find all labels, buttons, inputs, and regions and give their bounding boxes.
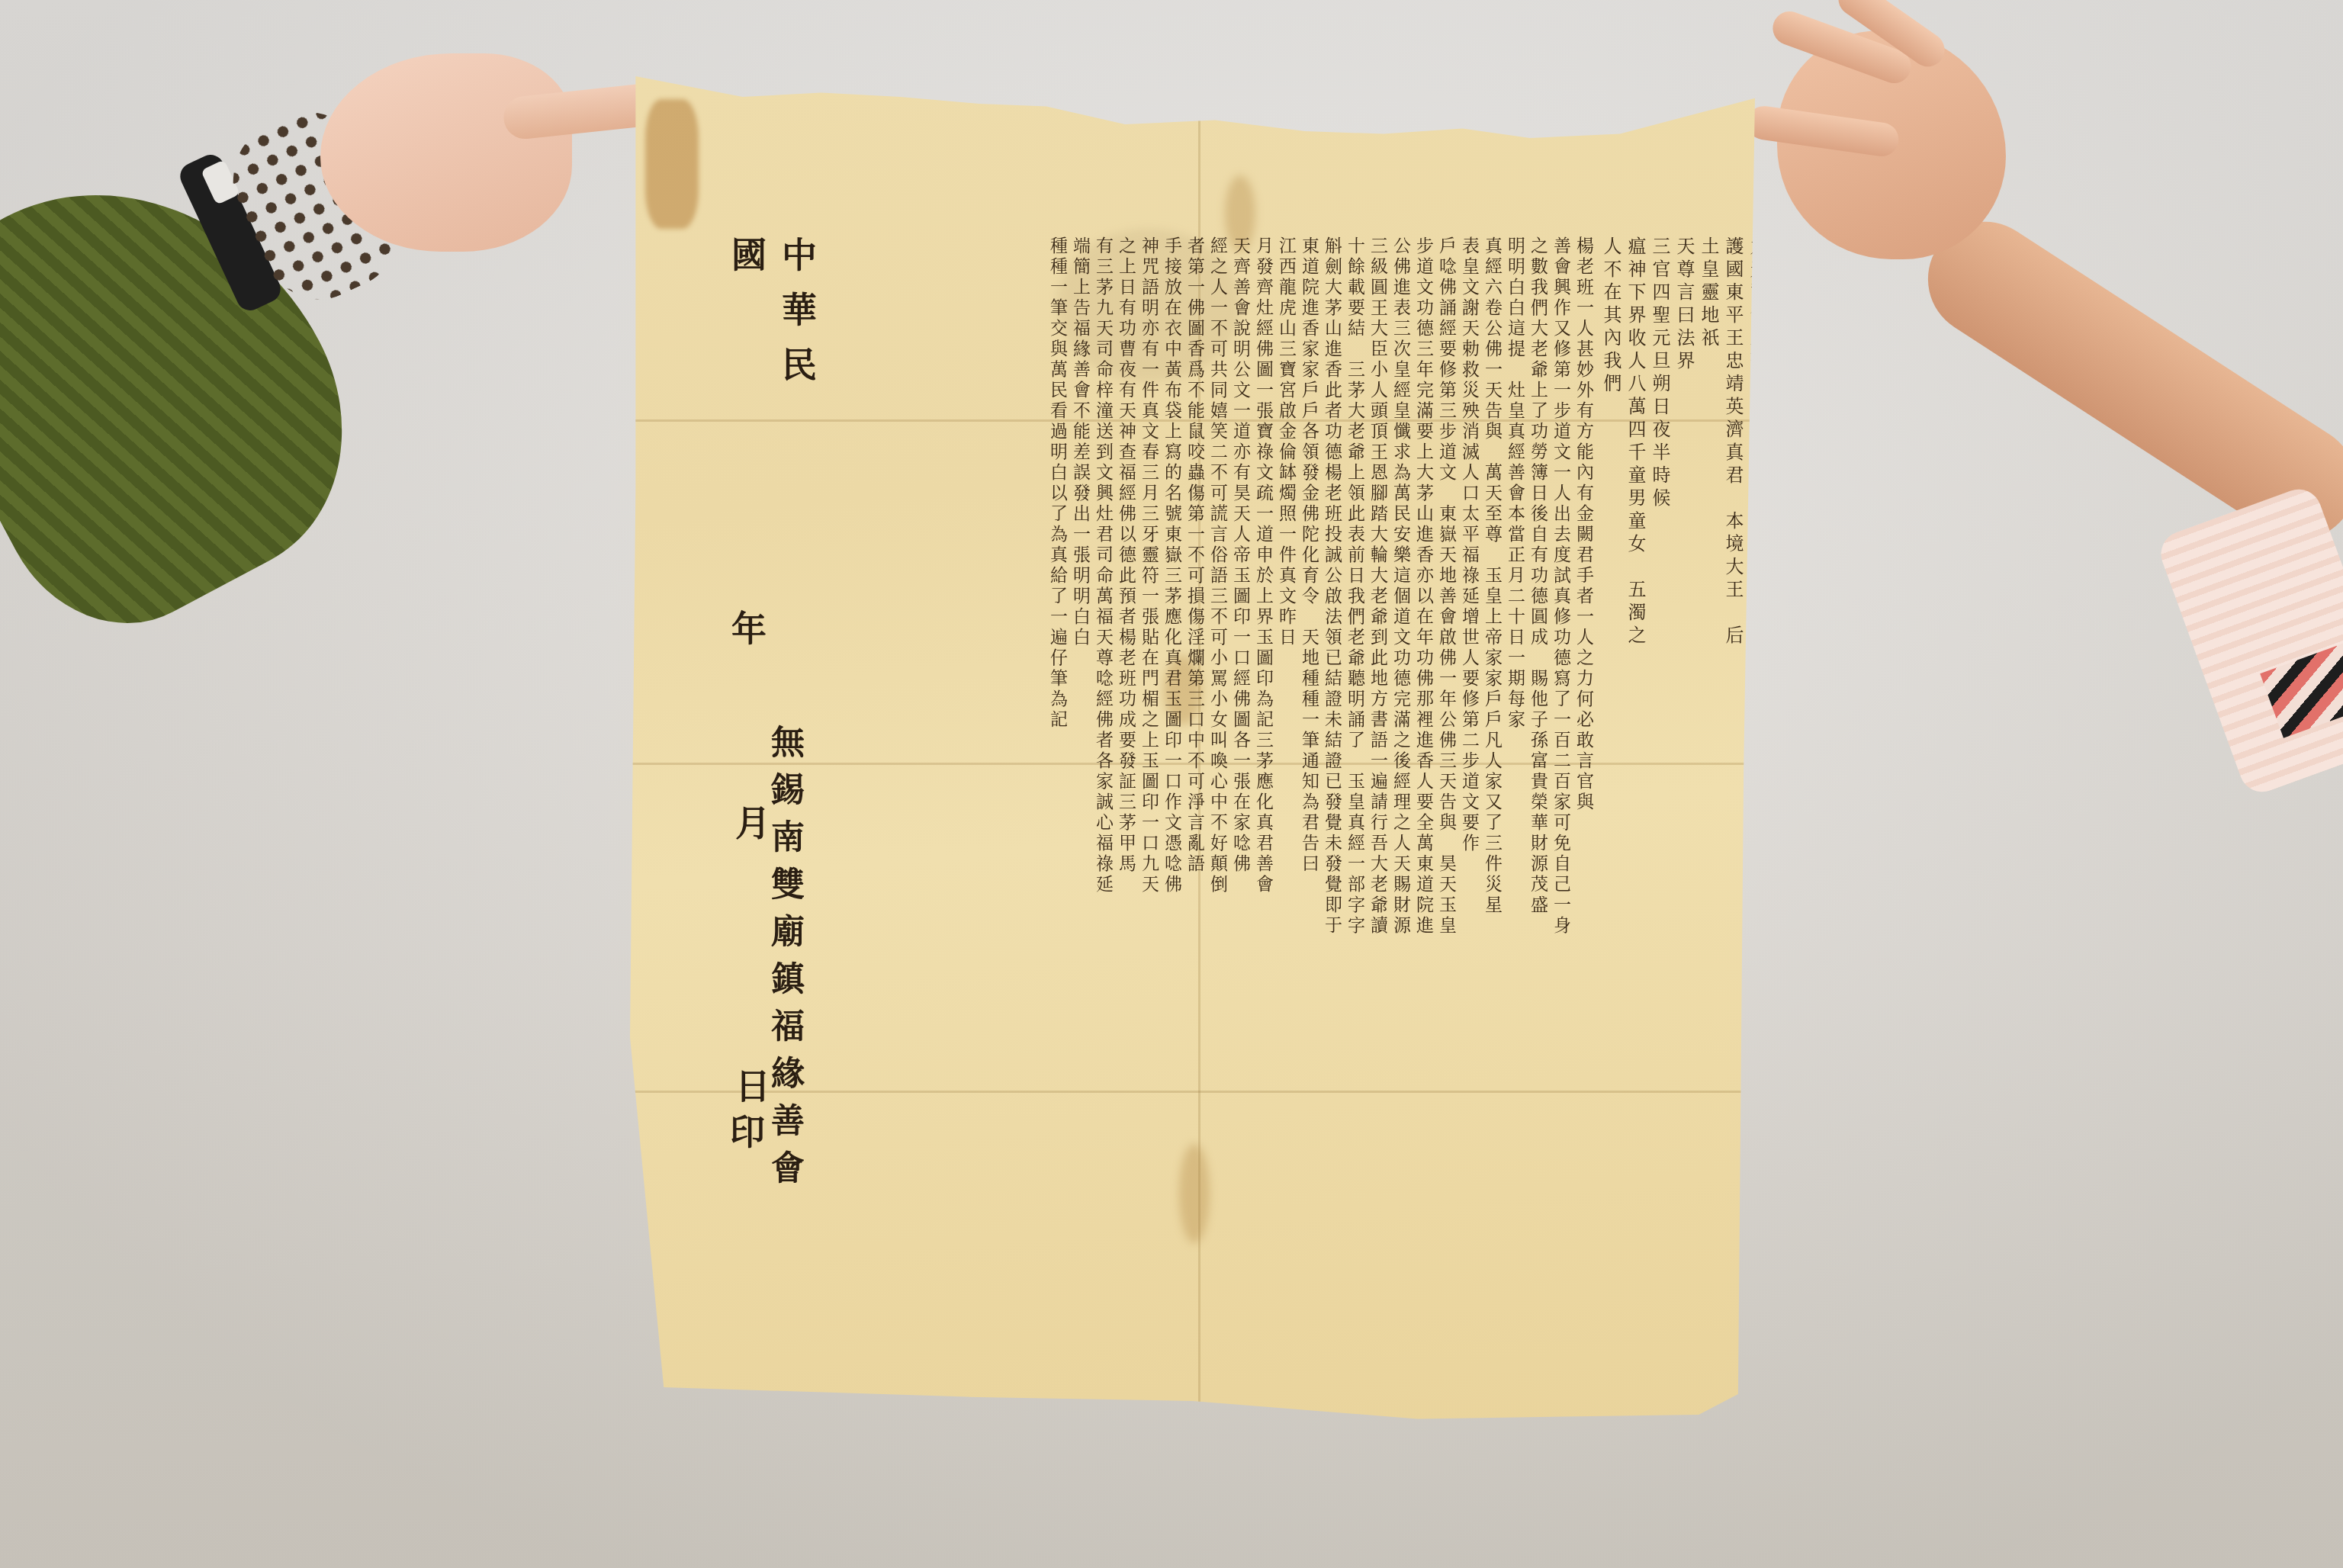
- year-label: 年: [722, 610, 772, 676]
- body-column: 善會興作又修第一步道文一人出去度試真修功德寫了一百二百家可免自己一身: [1549, 236, 1572, 1289]
- body-column: 表皇文謝天勅救災殃消滅人口太平福祿延增世人要修第二步道文要作: [1458, 236, 1480, 1289]
- body-column: 種種一筆交與萬民看過明白以了為真給了一遍仔筆為記: [1046, 236, 1069, 1289]
- body-column: 有三茅九天司命梓潼送到文興灶君司命萬福天尊唸經佛者各家誠心福祿延: [1091, 236, 1114, 1289]
- body-column: 者第一佛圖香爲不能鼠咬蟲傷第一不可損傷淫爛第三口中不可淨言亂語: [1183, 236, 1206, 1289]
- corner-water-damage: [645, 99, 699, 229]
- body-column: 步道文功德三年完滿要上大茅山進香亦以在年功佛那裡進香人要全萬東道院進: [1412, 236, 1435, 1289]
- body-column: 公佛進表三次皇經皇懺求為萬民安樂這個道文功德完滿之後經理之人天賜財源: [1389, 236, 1412, 1289]
- header-column: 天尊言曰法界: [1672, 236, 1696, 664]
- left-hand: [320, 53, 572, 252]
- body-column: 天齊善會說明公文一道亦有昊天人帝玉圖印一口經佛圖各一張在家唸佛: [1229, 236, 1252, 1289]
- body-column: 明明白白這提 灶皇真經善會本當正月二十日一期每家: [1503, 236, 1526, 1289]
- body-column: 月發齊灶經佛圖一張寶祿文疏一道申於上界玉圖印為記三茅應化真君善會: [1252, 236, 1274, 1289]
- body-column: 手接放在衣中黃布袋上寫的名號東嶽三茅應化真君玉圖印一口作文憑唸佛: [1160, 236, 1183, 1289]
- body-column: 東道院進香家家戶戶各領發金佛陀化育令 天地種種一筆通知為君告曰: [1297, 236, 1320, 1289]
- body-column: 斛劍大茅山進香此者功德楊老班投誠公啟法領已結證未結證已發覺未發覺即于: [1320, 236, 1343, 1289]
- header-column: 護國東平王忠靖英濟真君 本境大王 后土皇靈地祇: [1696, 236, 1745, 664]
- body-column: 楊老班一人甚妙外有方能內有金闕君手者一人之力何必敢言官與: [1572, 236, 1595, 1289]
- body-column: 戶唸佛誦經要修第三步道文 東嶽天地善會啟佛一年公佛三天告與 昊天玉皇: [1435, 236, 1458, 1289]
- body-column: 神咒語明亦有一件真文春三月三牙靈符一張貼在門楣之上玉圖印一口九天: [1137, 236, 1160, 1289]
- header-column: 三官四聖元旦朔日夜半時候: [1647, 236, 1672, 664]
- aged-paper-document: 中華民國 年 月 日 印 無錫南雙廟鎮福緣善會 楊老班一人甚妙外有方能內有金闕君…: [630, 76, 1755, 1449]
- body-column: 十餘載要結 三茅大老爺上領此表前日我們老爺聽明誦了 玉皇真經一部字字: [1343, 236, 1366, 1289]
- body-column: 江西龍虎山三寶宮啟金倫缽燭照一件真文昨日: [1274, 236, 1297, 1289]
- body-column: 之數我們大老爺上了功勞簿日後自有功德圓成 賜他子孫富貴榮華財源茂盛: [1526, 236, 1549, 1289]
- body-column: 三級圓王大臣小人頭頂王恩腳踏大輪大老爺到此地方書語一遍請行吾大老爺讀: [1366, 236, 1389, 1289]
- body-column: 真經六卷公佛一天告與 萬天至尊 玉皇上帝家家戶戶凡人家又了三件災星: [1480, 236, 1503, 1289]
- body-column: 經之人一不可共同嬉笑二不可謊言俗語三不可小罵小女叫喚心中不好顛倒: [1206, 236, 1229, 1289]
- notice-body-text: 楊老班一人甚妙外有方能內有金闕君手者一人之力何必敢言官與 善會興作又修第一步道文…: [794, 236, 1595, 1289]
- header-column: 瘟神下界收人八萬四千童男童女 五濁之人不在其內我們: [1599, 236, 1647, 664]
- body-column: 之上日有功曹夜有天神查福經佛以德此預者楊老班功成要發証三茅甲馬: [1114, 236, 1137, 1289]
- body-column: 端簡上告福緣善會不能差誤發出一張明明白白: [1069, 236, 1091, 1289]
